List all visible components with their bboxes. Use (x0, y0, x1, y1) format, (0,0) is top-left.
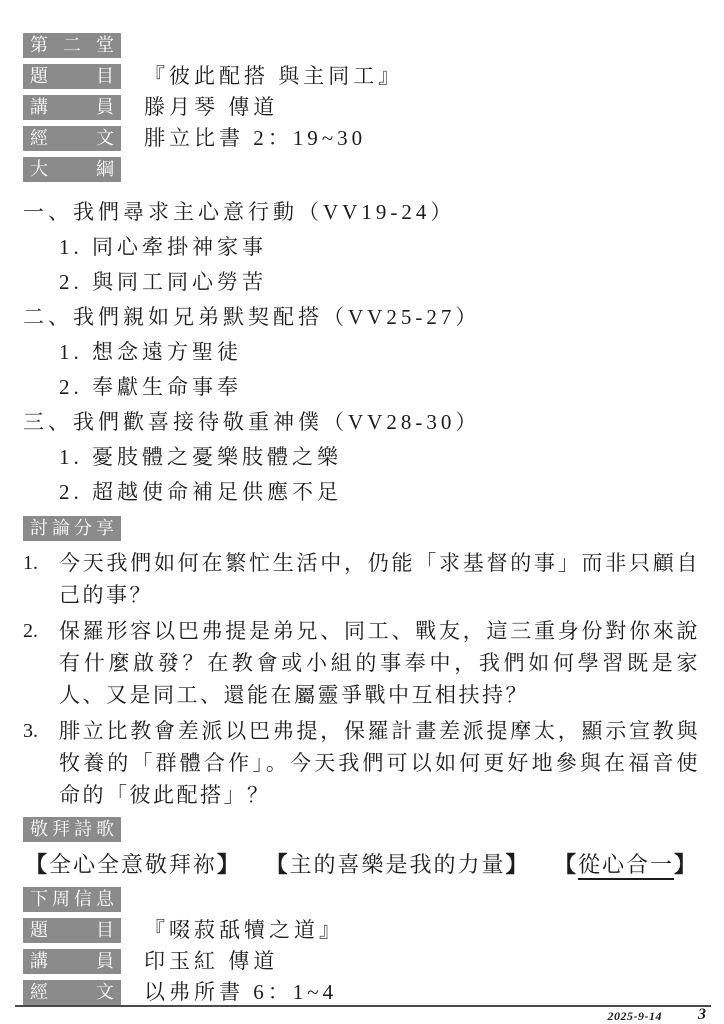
bracket-open: 【 (554, 852, 578, 877)
song-title-underlined: 從心合一 (578, 852, 674, 880)
outline-heading-2: 二、我們親如兄弟默契配搭（VV25-27） (23, 300, 700, 335)
bracket-close: 】 (674, 852, 698, 877)
bracket-open: 【 (265, 852, 289, 877)
scripture-value: 腓立比書 2：19~30 (144, 126, 366, 151)
question-text: 今天我們如何在繁忙生活中，仍能「求基督的事」而非只顧自己的事？ (59, 547, 700, 611)
info-row-topic: 題目 『彼此配搭 與主同工』 (23, 64, 700, 89)
song-2: 【主的喜樂是我的力量】 (265, 850, 529, 880)
next-week-speaker-value: 印玉紅 傳道 (144, 949, 278, 974)
page-number: 3 (698, 1006, 706, 1024)
scripture-label: 經文 (23, 980, 121, 1005)
question-number: 3. (23, 715, 59, 811)
outline-heading-3: 三、我們歡喜接待敬重神僕（VV28-30） (23, 405, 700, 440)
song-3: 【從心合一】 (554, 850, 698, 880)
outline-item: 2. 超越使命補足供應不足 (23, 475, 700, 510)
sermon-outline: 一、我們尋求主心意行動（VV19-24） 1. 同心牽掛神家事 2. 與同工同心… (23, 195, 700, 510)
session-label: 第二堂 (23, 33, 121, 58)
next-week-row-topic: 題目 『啜菽舐犢之道』 (23, 918, 700, 943)
discussion-list: 1. 今天我們如何在繁忙生活中，仍能「求基督的事」而非只顧自己的事？ 2. 保羅… (23, 547, 700, 811)
worship-header: 敬拜詩歌 (23, 817, 121, 842)
discussion-question-3: 3. 腓立比教會差派以巴弗提，保羅計畫差派提摩太，顯示宣教與牧養的「群體合作」。… (23, 715, 700, 811)
scripture-label: 經文 (23, 126, 121, 151)
outline-heading-1: 一、我們尋求主心意行動（VV19-24） (23, 195, 700, 230)
info-row-scripture: 經文 腓立比書 2：19~30 (23, 126, 700, 151)
outline-item: 1. 想念遠方聖徒 (23, 335, 700, 370)
song-title: 主的喜樂是我的力量 (289, 852, 505, 877)
topic-label: 題目 (23, 64, 121, 89)
songs-row: 【全心全意敬拜祢】 【主的喜樂是我的力量】 【從心合一】 (25, 850, 698, 880)
outline-label: 大綱 (23, 157, 121, 182)
outline-item: 2. 奉獻生命事奉 (23, 370, 700, 405)
question-text: 腓立比教會差派以巴弗提，保羅計畫差派提摩太，顯示宣教與牧養的「群體合作」。今天我… (59, 715, 700, 811)
outline-item: 1. 憂肢體之憂樂肢體之樂 (23, 440, 700, 475)
outline-item: 2. 與同工同心勞苦 (23, 265, 700, 300)
next-week-row-speaker: 講員 印玉紅 傳道 (23, 949, 700, 974)
topic-value: 『彼此配搭 與主同工』 (144, 64, 403, 89)
info-row-speaker: 講員 滕月琴 傳道 (23, 95, 700, 120)
next-week-topic-value: 『啜菽舐犢之道』 (144, 918, 344, 943)
bracket-close: 】 (217, 852, 241, 877)
speaker-label: 講員 (23, 949, 121, 974)
topic-label: 題目 (23, 918, 121, 943)
bracket-close: 】 (506, 852, 530, 877)
speaker-value: 滕月琴 傳道 (144, 95, 278, 120)
song-title: 全心全意敬拜祢 (49, 852, 217, 877)
next-week-scripture-value: 以弗所書 6：1~4 (144, 980, 337, 1005)
question-number: 2. (23, 615, 59, 711)
bracket-open: 【 (25, 852, 49, 877)
question-number: 1. (23, 547, 59, 611)
document-page: 第二堂 題目 『彼此配搭 與主同工』 講員 滕月琴 傳道 經文 腓立比書 2：1… (0, 0, 724, 1024)
song-1: 【全心全意敬拜祢】 (25, 850, 241, 880)
footer-rule (15, 1005, 711, 1007)
next-week-header: 下周信息 (23, 887, 121, 912)
outline-item: 1. 同心牽掛神家事 (23, 230, 700, 265)
discussion-header: 討論分享 (23, 516, 121, 541)
worship-section: 敬拜詩歌 【全心全意敬拜祢】 【主的喜樂是我的力量】 【從心合一】 (23, 817, 700, 880)
discussion-question-2: 2. 保羅形容以巴弗提是弟兄、同工、戰友，這三重身份對你來說有什麼啟發？在教會或… (23, 615, 700, 711)
speaker-label: 講員 (23, 95, 121, 120)
footer-date: 2025-9-14 (608, 1009, 663, 1024)
discussion-question-1: 1. 今天我們如何在繁忙生活中，仍能「求基督的事」而非只顧自己的事？ (23, 547, 700, 611)
question-text: 保羅形容以巴弗提是弟兄、同工、戰友，這三重身份對你來說有什麼啟發？在教會或小組的… (59, 615, 700, 711)
next-week-row-scripture: 經文 以弗所書 6：1~4 (23, 980, 700, 1005)
